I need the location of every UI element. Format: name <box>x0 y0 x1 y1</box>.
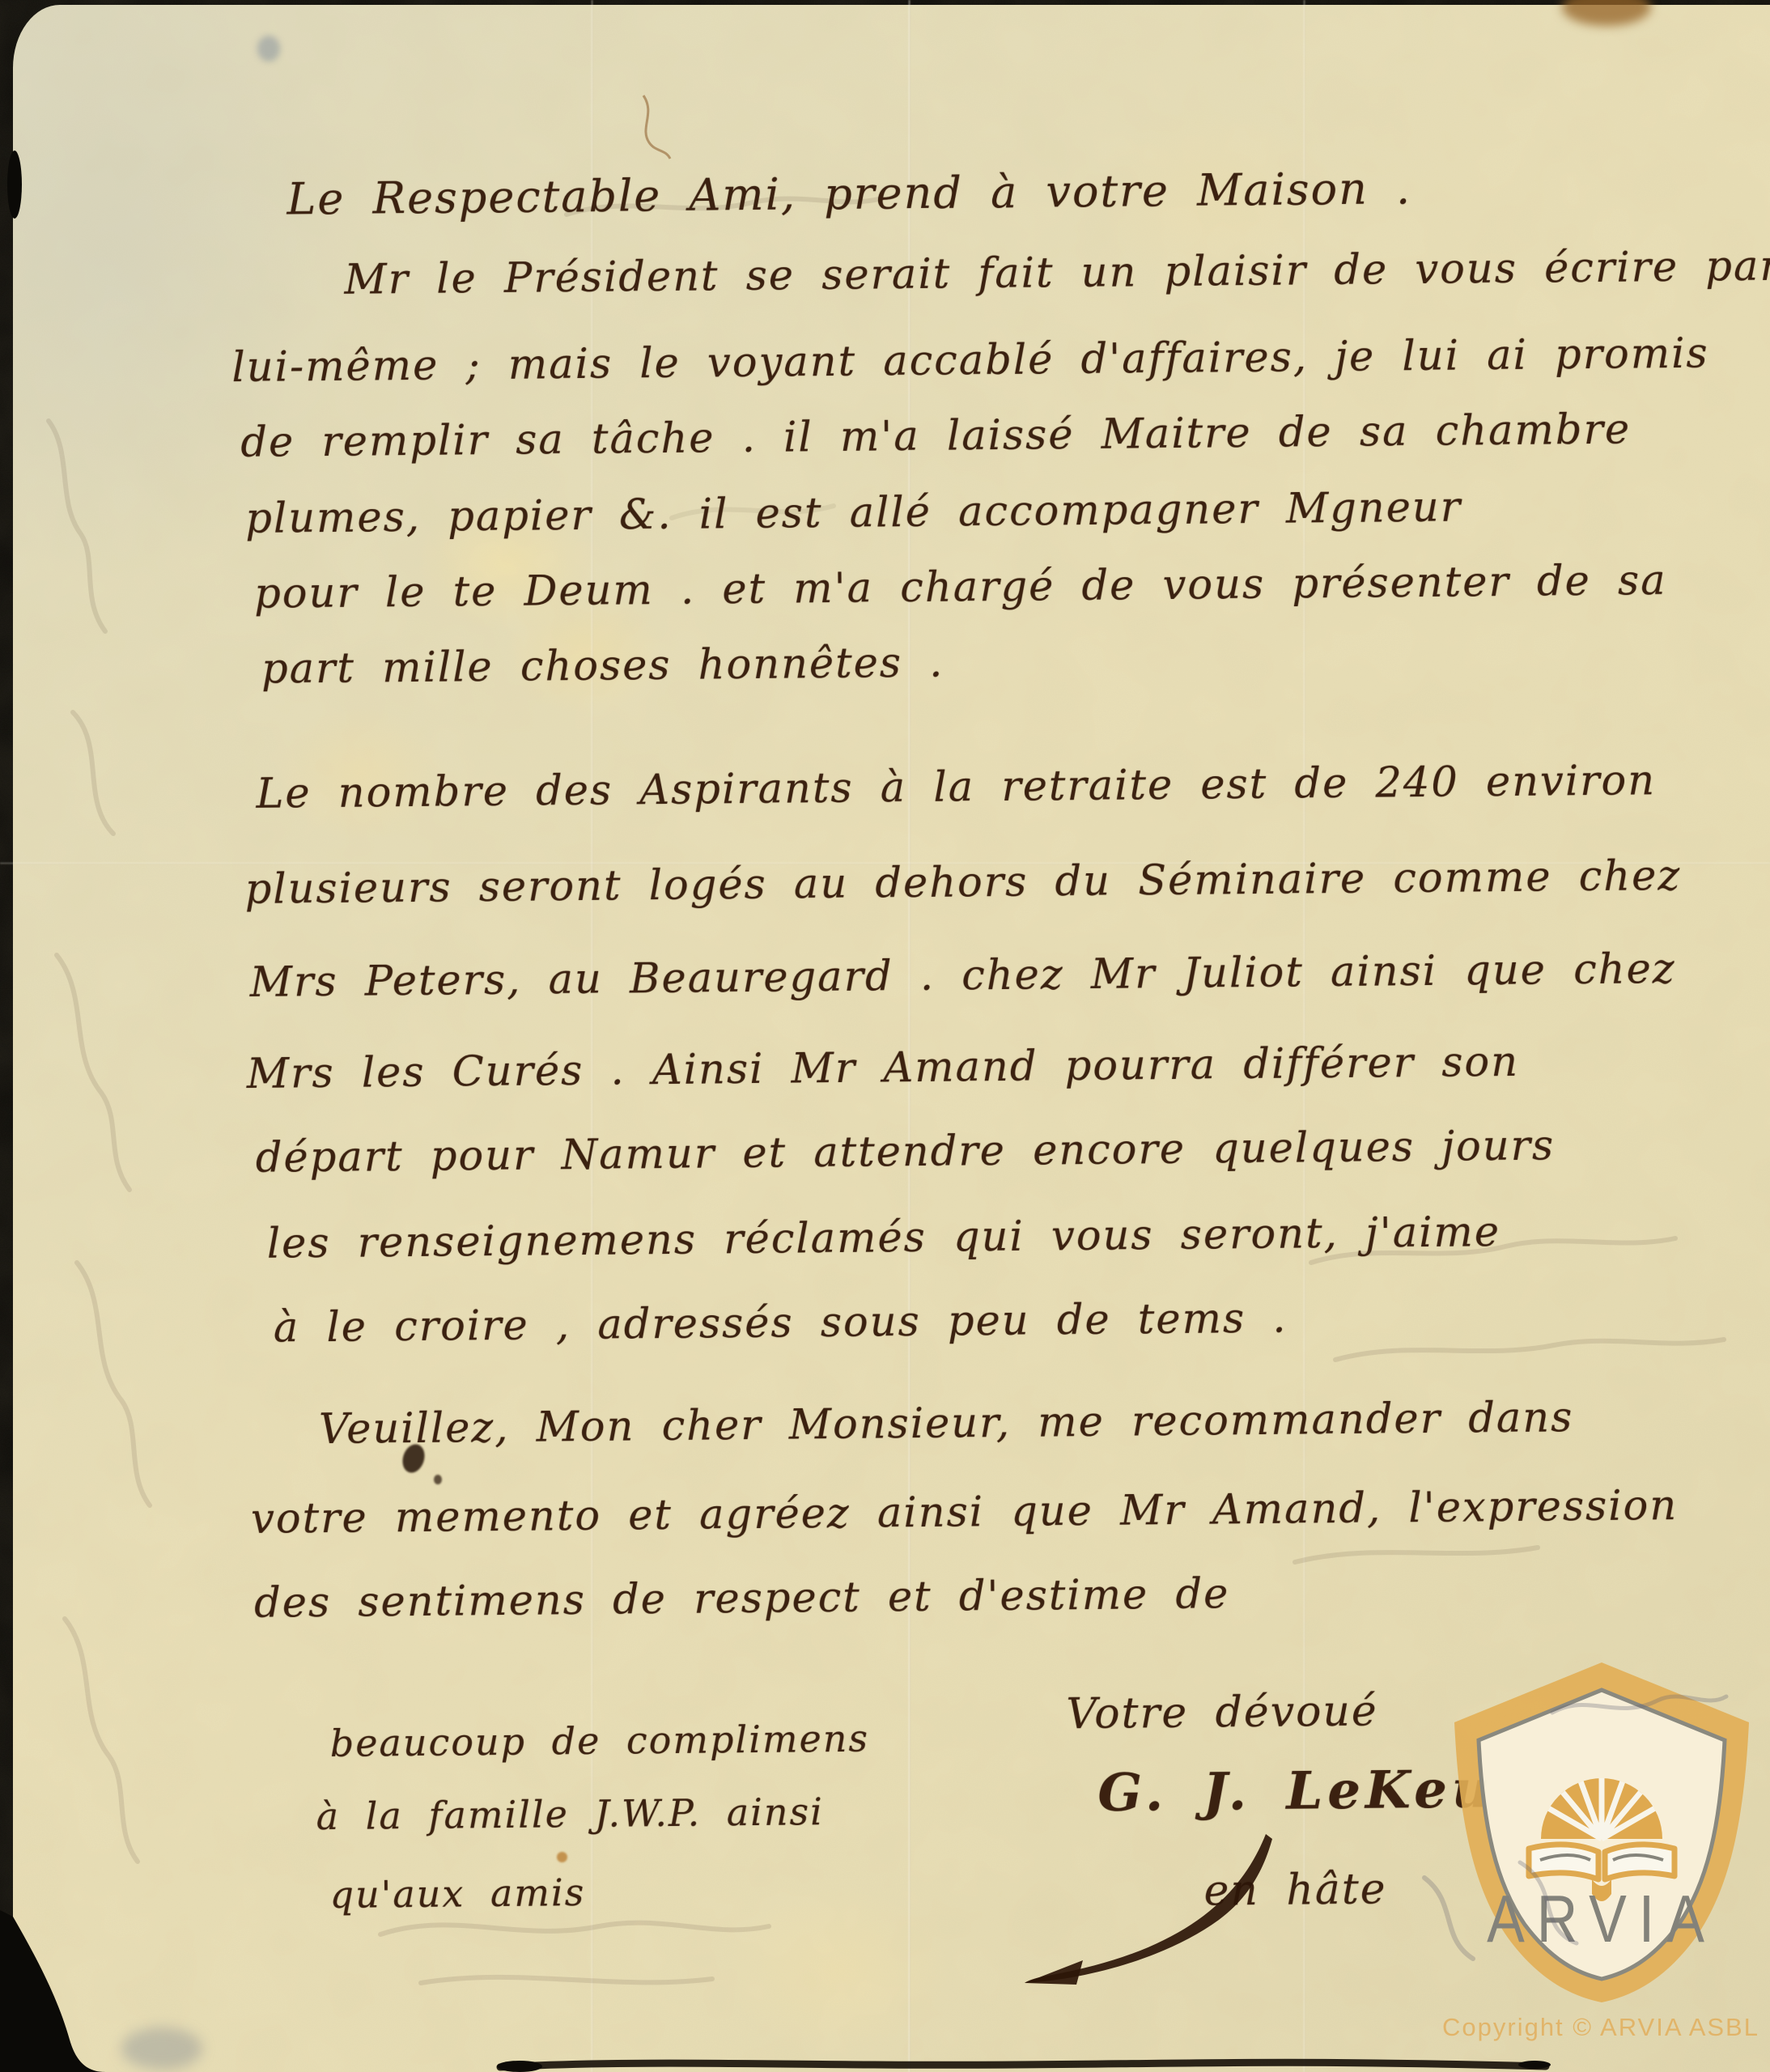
letter-line: Mrs les Curés . Ainsi Mr Amand pourra di… <box>247 1038 1520 1098</box>
letter-line: plusieurs seront logés au dehors du Sémi… <box>244 852 1681 914</box>
letter-line: de remplir sa tâche . il m'a laissé Mait… <box>240 406 1631 467</box>
letter-line: Veuillez, Mon cher Monsieur, me recomman… <box>319 1394 1574 1454</box>
letter-line: Le nombre des Aspirants à la retraite es… <box>256 757 1656 818</box>
arvia-shield-watermark: ARVIA <box>1431 1640 1770 2023</box>
letter-line: à le croire , adressés sous peu de tems … <box>274 1295 1288 1352</box>
watermark-brand-text: ARVIA <box>1487 1883 1717 1957</box>
signature-note: en hâte <box>1203 1866 1387 1916</box>
letter-line: des sentimens de respect et d'estime de <box>254 1570 1230 1628</box>
scanned-letter-page: Le Respectable Ami, prend à votre Maison… <box>0 0 1770 2072</box>
letter-line: part mille choses honnêtes . <box>261 639 944 694</box>
letter-line: les renseignemens réclamés qui vous sero… <box>267 1208 1501 1268</box>
letter-line: Mrs Peters, au Beauregard . chez Mr Juli… <box>249 945 1675 1007</box>
postscript-line: qu'aux amis <box>329 1870 585 1917</box>
postscript-line: beaucoup de complimens <box>330 1717 870 1765</box>
letter-line: votre memento et agréez ainsi que Mr Ama… <box>251 1482 1679 1543</box>
valediction: Votre dévoué <box>1066 1688 1378 1739</box>
postscript-line: à la famille J.W.P. ainsi <box>316 1790 824 1838</box>
letter-line: départ pour Namur et attendre encore que… <box>256 1122 1556 1182</box>
letter-line: Le Respectable Ami, prend à votre Maison… <box>287 163 1411 224</box>
letter-line: pour le te Deum . et m'a chargé de vous … <box>254 557 1667 618</box>
letter-line: lui-même ; mais le voyant accablé d'affa… <box>231 330 1709 393</box>
letter-line: plumes, papier &. il est allé accompagne… <box>245 484 1462 543</box>
copyright-notice: Copyright © ARVIA ASBL <box>1442 2013 1766 2042</box>
letter-line: Mr le Président se serait fait un plaisi… <box>344 243 1770 304</box>
